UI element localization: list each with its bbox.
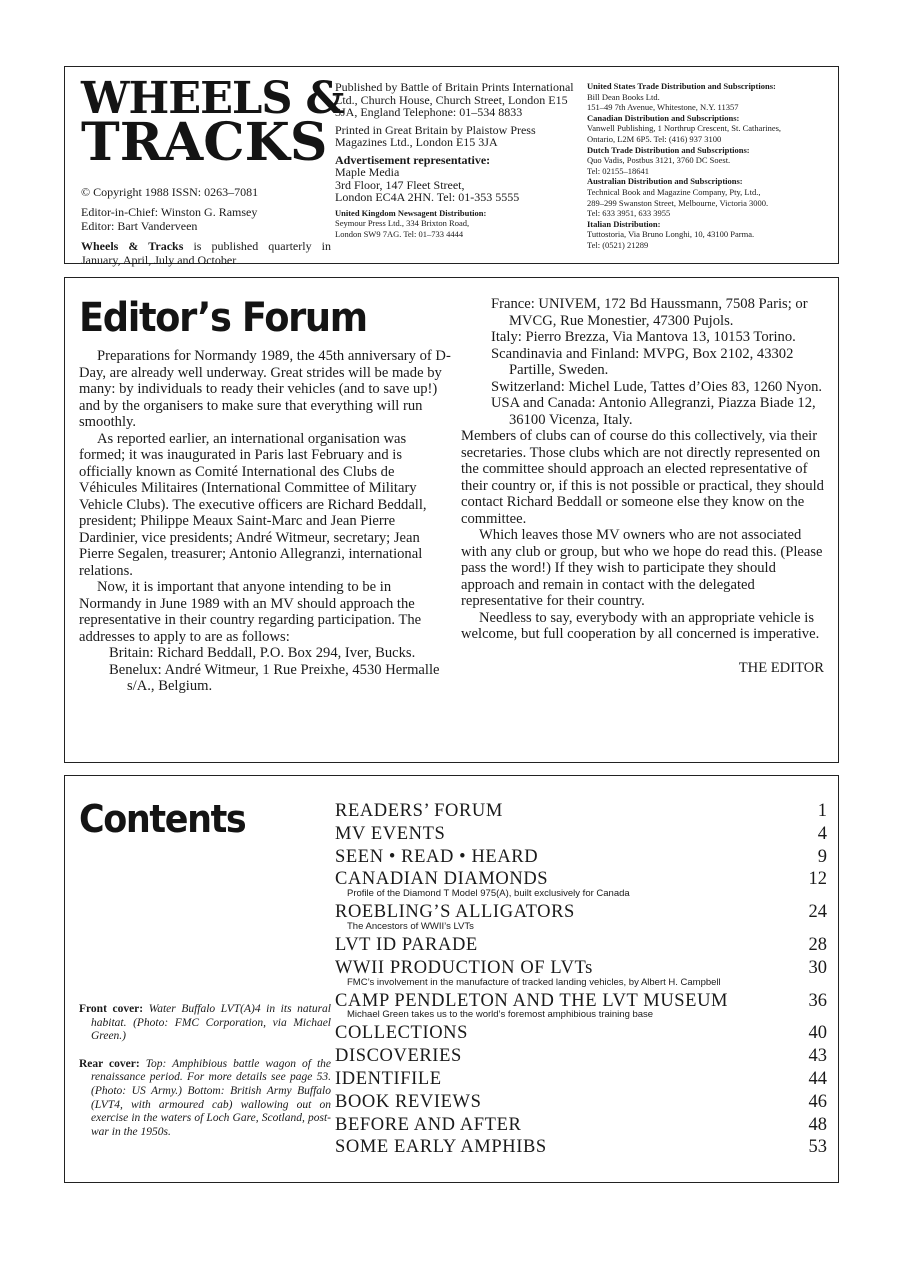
canadian-distribution-line: Ontario, L2M 6P5. Tel: (416) 937 3100 (587, 134, 832, 145)
toc-entry-page-number: 9 (818, 846, 827, 869)
toc-entry-page-number: 30 (809, 957, 828, 980)
toc-entry-title: READERS’ FORUM (335, 800, 827, 823)
forum-right-column: France: UNIVEM, 172 Bd Haussmann, 7508 P… (461, 296, 826, 676)
forum-paragraph: Needless to say, everybody with an appro… (461, 610, 826, 643)
toc-entry[interactable]: SEEN • READ • HEARD9 (335, 846, 827, 869)
toc-entry-title: MV EVENTS (335, 823, 827, 846)
toc-entry-page-number: 44 (809, 1068, 828, 1091)
italian-distribution-line: Tuttostoria, Via Bruno Longhi, 10, 43100… (587, 229, 832, 240)
toc-entry-page-number: 12 (809, 868, 828, 891)
australian-distribution-heading: Australian Distribution and Subscription… (587, 176, 832, 187)
uk-distribution-line-2: London SW9 7AG. Tel: 01–733 4444 (335, 229, 463, 239)
toc-entry-page-number: 46 (809, 1091, 828, 1114)
australian-distribution-line: Tel: 633 3951, 633 3955 (587, 208, 832, 219)
toc-entry[interactable]: WWII PRODUCTION OF LVTs30FMC’s involveme… (335, 957, 827, 988)
logo-line-2: TRACKS (81, 119, 331, 167)
rear-cover-caption: Rear cover: Top: Amphibious battle wagon… (79, 1058, 331, 1140)
toc-entry[interactable]: MV EVENTS4 (335, 823, 827, 846)
forum-paragraph: Preparations for Normandy 1989, the 45th… (79, 348, 455, 431)
front-cover-caption: Front cover: Water Buffalo LVT(A)4 in it… (79, 1003, 331, 1044)
uk-distribution-heading: United Kingdom Newsagent Distribution: (335, 208, 486, 218)
toc-entry-title: IDENTIFILE (335, 1068, 827, 1091)
forum-paragraph: Members of clubs can of course do this c… (461, 428, 826, 527)
address-switzerland: Switzerland: Michel Lude, Tattes d’Oies … (461, 379, 826, 396)
publication-schedule-block: Wheels & Tracks is published quarterly i… (81, 239, 331, 267)
toc-entry-page-number: 24 (809, 901, 828, 924)
address-italy: Italy: Pierro Brezza, Via Mantova 13, 10… (461, 329, 826, 346)
canadian-distribution-line: Vanwell Publishing, 1 Northrup Crescent,… (587, 123, 832, 134)
distribution-info: United States Trade Distribution and Sub… (587, 81, 832, 251)
us-distribution-heading: United States Trade Distribution and Sub… (587, 81, 832, 92)
editor-signoff: THE EDITOR (461, 660, 826, 677)
us-distribution-line: 151–49 7th Avenue, Whitestone, N.Y. 1135… (587, 102, 832, 113)
magazine-logo: WHEELS & TRACKS (81, 79, 331, 167)
publisher-text: Published by Battle of Britain Prints In… (335, 81, 580, 119)
address-benelux: Benelux: André Witmeur, 1 Rue Preixhe, 4… (79, 662, 455, 695)
dutch-distribution-line: Tel: 02155–18641 (587, 166, 832, 177)
italian-distribution-line: Tel: (0521) 21289 (587, 240, 832, 251)
toc-entry-subtitle: The Ancestors of WWII’s LVTs (335, 921, 827, 932)
cover-captions: Front cover: Water Buffalo LVT(A)4 in it… (79, 1003, 331, 1153)
us-distribution-line: Bill Dean Books Ltd. (587, 92, 832, 103)
toc-entry[interactable]: CAMP PENDLETON AND THE LVT MUSEUM36Micha… (335, 990, 827, 1021)
toc-entry-subtitle: FMC’s involvement in the manufacture of … (335, 977, 827, 988)
toc-entry[interactable]: SOME EARLY AMPHIBS53 (335, 1136, 827, 1159)
toc-entry[interactable]: BOOK REVIEWS46 (335, 1091, 827, 1114)
address-britain: Britain: Richard Beddall, P.O. Box 294, … (79, 645, 455, 662)
toc-entry-page-number: 4 (818, 823, 827, 846)
toc-entry-page-number: 53 (809, 1136, 828, 1159)
australian-distribution-line: 289–299 Swanston Street, Melbourne, Vict… (587, 198, 832, 209)
editor: Editor: Bart Vanderveen (81, 219, 197, 233)
rear-cover-label: Rear cover: (79, 1058, 140, 1070)
italian-distribution-heading: Italian Distribution: (587, 219, 832, 230)
canadian-distribution-heading: Canadian Distribution and Subscriptions: (587, 113, 832, 124)
toc-entry-title: BEFORE AND AFTER (335, 1114, 827, 1137)
toc-entry-page-number: 28 (809, 934, 828, 957)
logo-line-1: WHEELS & (81, 79, 326, 119)
table-of-contents: READERS’ FORUM1MV EVENTS4SEEN • READ • H… (335, 800, 827, 1159)
toc-entry[interactable]: ROEBLING’S ALLIGATORS24The Ancestors of … (335, 901, 827, 932)
publisher-info: Published by Battle of Britain Prints In… (335, 81, 580, 244)
toc-entry-title: BOOK REVIEWS (335, 1091, 827, 1114)
address-usa-canada: USA and Canada: Antonio Allegranzi, Piaz… (461, 395, 826, 428)
publication-name: Wheels & Tracks (81, 239, 183, 253)
toc-entry-page-number: 48 (809, 1114, 828, 1137)
contents-title: Contents (79, 800, 245, 838)
editor-in-chief: Editor-in-Chief: Winston G. Ramsey (81, 205, 257, 219)
copyright-line: © Copyright 1988 ISSN: 0263–7081 (81, 185, 331, 199)
masthead-credits: © Copyright 1988 ISSN: 0263–7081 Editor-… (81, 185, 331, 273)
toc-entry-title: SEEN • READ • HEARD (335, 846, 827, 869)
toc-entry[interactable]: COLLECTIONS40 (335, 1022, 827, 1045)
toc-entry-title: SOME EARLY AMPHIBS (335, 1136, 827, 1159)
toc-entry-title: DISCOVERIES (335, 1045, 827, 1068)
toc-entry-subtitle: Profile of the Diamond T Model 975(A), b… (335, 888, 827, 899)
toc-entry-page-number: 36 (809, 990, 828, 1013)
toc-entry[interactable]: DISCOVERIES43 (335, 1045, 827, 1068)
toc-entry[interactable]: READERS’ FORUM1 (335, 800, 827, 823)
australian-distribution-line: Technical Book and Magazine Company, Pty… (587, 187, 832, 198)
editors-forum-title: Editor’s Forum (79, 298, 367, 338)
address-france: France: UNIVEM, 172 Bd Haussmann, 7508 P… (461, 296, 826, 329)
forum-paragraph: Now, it is important that anyone intendi… (79, 579, 455, 645)
toc-entry[interactable]: BEFORE AND AFTER48 (335, 1114, 827, 1137)
forum-paragraph: Which leaves those MV owners who are not… (461, 527, 826, 610)
toc-entry-title: LVT ID PARADE (335, 934, 827, 957)
toc-entry-page-number: 1 (818, 800, 827, 823)
toc-entry-page-number: 43 (809, 1045, 828, 1068)
advert-line-3: London EC4A 2HN. Tel: 01-353 5555 (335, 190, 519, 204)
forum-paragraph: As reported earlier, an international or… (79, 431, 455, 580)
editors-forum-panel: Editor’s Forum Preparations for Normandy… (64, 277, 839, 763)
toc-entry[interactable]: LVT ID PARADE28 (335, 934, 827, 957)
forum-left-column: Preparations for Normandy 1989, the 45th… (79, 348, 455, 695)
uk-distribution-line-1: Seymour Press Ltd., 334 Brixton Road, (335, 218, 469, 228)
masthead-panel: WHEELS & TRACKS © Copyright 1988 ISSN: 0… (64, 66, 839, 264)
front-cover-label: Front cover: (79, 1003, 143, 1015)
toc-entry-title: COLLECTIONS (335, 1022, 827, 1045)
toc-entry[interactable]: IDENTIFILE44 (335, 1068, 827, 1091)
contents-panel: Contents Front cover: Water Buffalo LVT(… (64, 775, 839, 1183)
printer-text: Printed in Great Britain by Plaistow Pre… (335, 124, 580, 149)
dutch-distribution-heading: Dutch Trade Distribution and Subscriptio… (587, 145, 832, 156)
toc-entry[interactable]: CANADIAN DIAMONDS12Profile of the Diamon… (335, 868, 827, 899)
address-scandinavia: Scandinavia and Finland: MVPG, Box 2102,… (461, 346, 826, 379)
toc-entry-subtitle: Michael Green takes us to the world’s fo… (335, 1009, 827, 1020)
dutch-distribution-line: Quo Vadis, Postbus 3121, 3760 DC Soest. (587, 155, 832, 166)
toc-entry-page-number: 40 (809, 1022, 828, 1045)
